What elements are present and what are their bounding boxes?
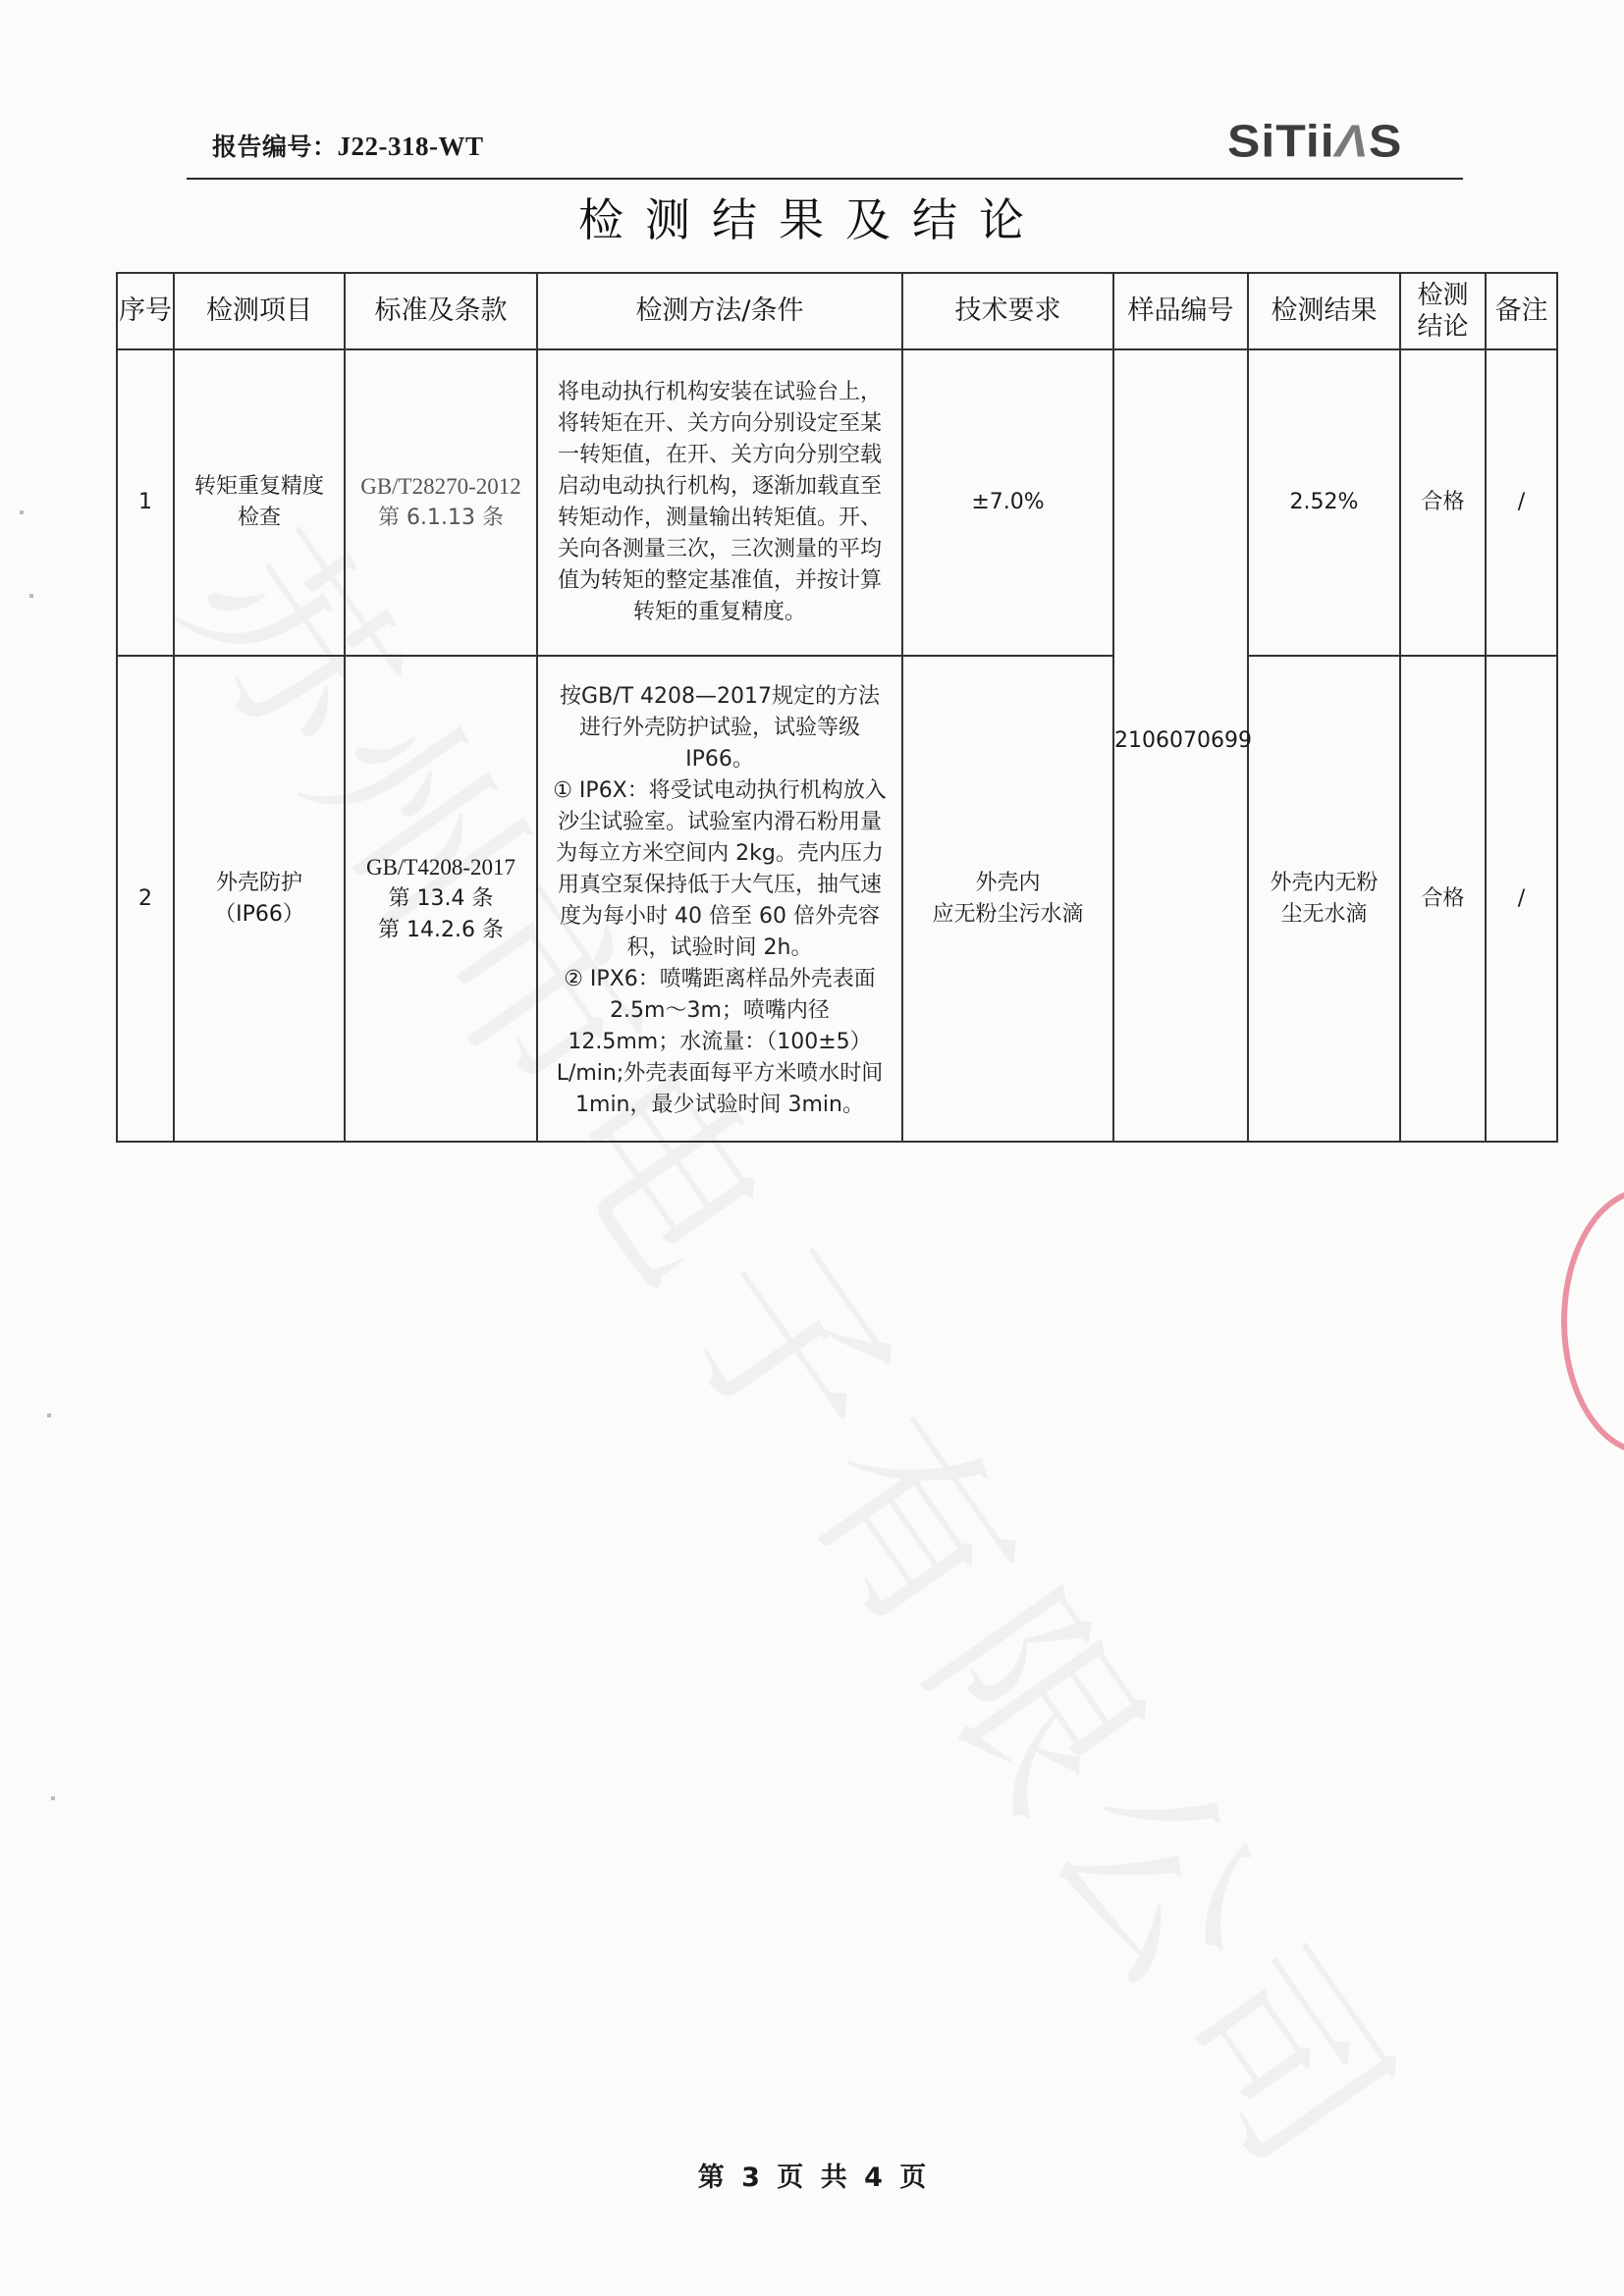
- page-title: 检测结果及结论: [0, 185, 1624, 249]
- scan-speck: [47, 1414, 51, 1417]
- row-result-text: 外壳内无粉尘无水滴: [1270, 871, 1378, 927]
- table-header-row: 序号 检测项目 标准及条款 检测方法/条件 技术要求 样品编号 检测结果 检测结…: [117, 273, 1557, 349]
- row-result: 外壳内无粉尘无水滴: [1248, 656, 1400, 1142]
- col-header-sample-no: 样品编号: [1113, 273, 1248, 349]
- row-item: 外壳防护（IP66）: [174, 656, 345, 1142]
- requirement-line: 应无粉尘污水滴: [903, 899, 1112, 931]
- col-header-requirement: 技术要求: [902, 273, 1113, 349]
- standard-code: GB/T4208-2017: [346, 852, 536, 883]
- row-remark: /: [1486, 656, 1557, 1142]
- row-standard: GB/T28270-2012 第 6.1.13 条: [345, 349, 537, 656]
- logo-a-mark: Λ: [1335, 116, 1369, 167]
- row-conclusion: 合格: [1400, 656, 1486, 1142]
- col-header-item: 检测项目: [174, 273, 345, 349]
- col-header-standard: 标准及条款: [345, 273, 537, 349]
- official-seal: [1561, 1188, 1624, 1455]
- col-header-index: 序号: [117, 273, 174, 349]
- scan-speck: [29, 594, 33, 598]
- standard-clause-2: 第 14.2.6 条: [346, 915, 536, 946]
- col-header-method: 检测方法/条件: [537, 273, 902, 349]
- page-number: 第 3 页 共 4 页: [0, 2156, 1624, 2194]
- row-result: 2.52%: [1248, 349, 1400, 656]
- row-requirement: 外壳内 应无粉尘污水滴: [902, 656, 1113, 1142]
- sitiias-logo: SiTiiΛS: [1227, 115, 1402, 167]
- report-number-label: 报告编号：: [212, 133, 338, 161]
- scan-speck: [51, 1796, 55, 1800]
- row-item-text: 外壳防护（IP66）: [214, 871, 304, 927]
- row-index: 1: [117, 349, 174, 656]
- sample-number: 2106070699: [1113, 349, 1248, 1142]
- logo-text-end: S: [1369, 116, 1402, 167]
- standard-code: GB/T28270-2012: [346, 471, 536, 503]
- row-index: 2: [117, 656, 174, 1142]
- row-item-text: 转矩重复精度检查: [194, 474, 324, 530]
- col-header-conclusion-text: 检测结论: [1416, 280, 1471, 343]
- col-header-remark: 备注: [1486, 273, 1557, 349]
- row-item: 转矩重复精度检查: [174, 349, 345, 656]
- row-conclusion: 合格: [1400, 349, 1486, 656]
- row-method: 将电动执行机构安装在试验台上，将转矩在开、关方向分别设定至某一转矩值，在开、关方…: [537, 349, 902, 656]
- header-divider: [187, 178, 1463, 180]
- report-number-value: J22-318-WT: [338, 132, 484, 161]
- col-header-result: 检测结果: [1248, 273, 1400, 349]
- row-method: 按GB/T 4208—2017规定的方法进行外壳防护试验，试验等级IP66。 ①…: [537, 656, 902, 1142]
- standard-clause: 第 13.4 条: [346, 883, 536, 915]
- results-table: 序号 检测项目 标准及条款 检测方法/条件 技术要求 样品编号 检测结果 检测结…: [116, 272, 1558, 1143]
- row-remark: /: [1486, 349, 1557, 656]
- row-standard: GB/T4208-2017 第 13.4 条 第 14.2.6 条: [345, 656, 537, 1142]
- row-requirement: ±7.0%: [902, 349, 1113, 656]
- table-row: 2 外壳防护（IP66） GB/T4208-2017 第 13.4 条 第 14…: [117, 656, 1557, 1142]
- report-number: 报告编号：J22-318-WT: [212, 128, 484, 163]
- logo-text: SiTii: [1227, 116, 1335, 167]
- standard-clause: 第 6.1.13 条: [346, 503, 536, 534]
- table-row: 1 转矩重复精度检查 GB/T28270-2012 第 6.1.13 条 将电动…: [117, 349, 1557, 656]
- scan-speck: [20, 510, 24, 514]
- col-header-conclusion: 检测结论: [1400, 273, 1486, 349]
- requirement-line: 外壳内: [903, 868, 1112, 899]
